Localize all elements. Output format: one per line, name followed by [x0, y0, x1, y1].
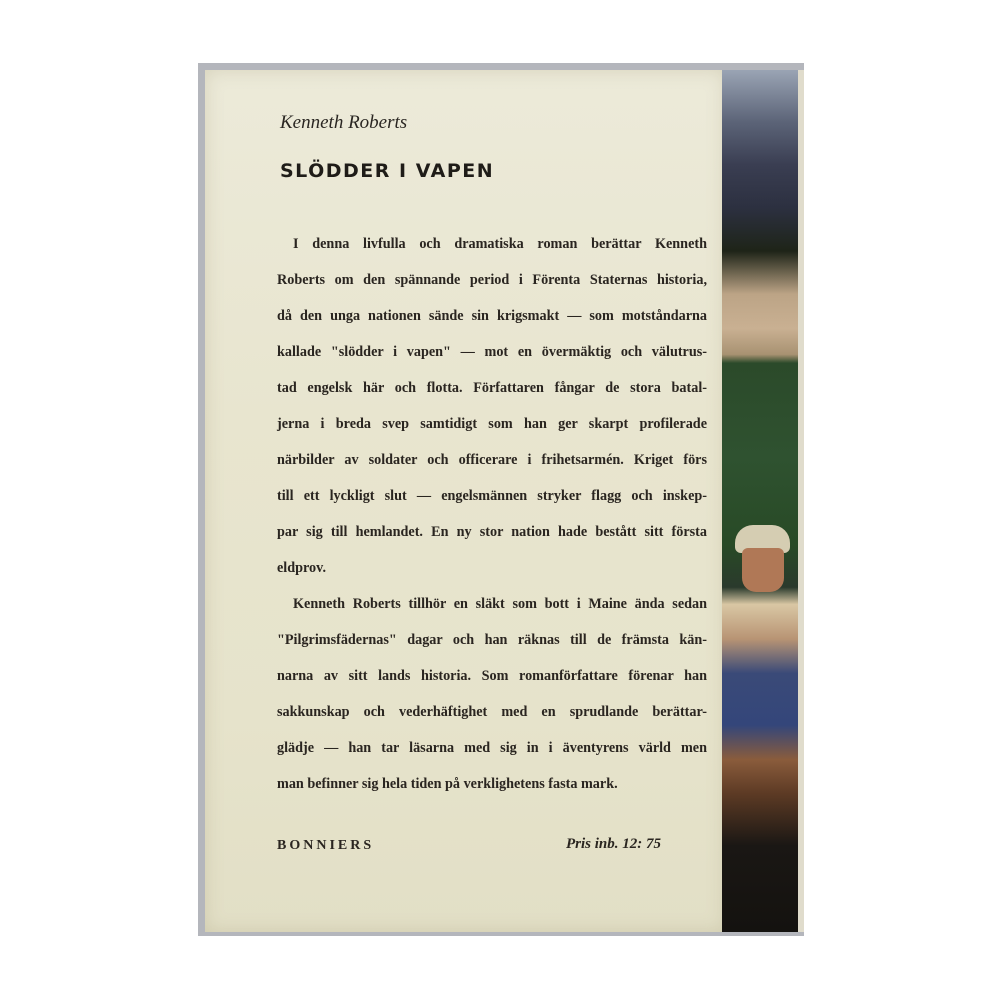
book-spine-illustration	[722, 70, 804, 932]
blurb-paragraph-1: I denna livfulla och dramatiska roman be…	[277, 226, 707, 586]
blurb-line: Roberts om den spännande period i Förent…	[277, 262, 707, 298]
spine-figure-face	[742, 548, 784, 592]
price-label: Pris inb. 12: 75	[566, 836, 661, 853]
blurb-line: sakkunskap och vederhäftighet med en spr…	[277, 694, 707, 730]
blurb-line: närbilder av soldater och officerare i f…	[277, 442, 707, 478]
book-title: SLÖDDER I VAPEN	[280, 160, 494, 182]
blurb-line: narna av sitt lands historia. Som romanf…	[277, 658, 707, 694]
blurb-line: Kenneth Roberts tillhör en släkt som bot…	[277, 586, 707, 622]
blurb-line: jerna i breda svep samtidigt som han ger…	[277, 406, 707, 442]
blurb-line: då den unga nationen sände sin krigsmakt…	[277, 298, 707, 334]
blurb-line: eldprov.	[277, 550, 707, 586]
blurb-line: tad engelsk här och flotta. Författaren …	[277, 370, 707, 406]
blurb-line: man befinner sig hela tiden på verklighe…	[277, 766, 707, 802]
blurb-line: "Pilgrimsfädernas" dagar och han räknas …	[277, 622, 707, 658]
blurb-paragraph-2: Kenneth Roberts tillhör en släkt som bot…	[277, 586, 707, 802]
blurb-line: I denna livfulla och dramatiska roman be…	[277, 226, 707, 262]
blurb-line: par sig till hemlandet. En ny stor natio…	[277, 514, 707, 550]
blurb-line: kallade "slödder i vapen" — mot en överm…	[277, 334, 707, 370]
author-name: Kenneth Roberts	[280, 112, 407, 134]
blurb-line: glädje — han tar läsarna med sig in i äv…	[277, 730, 707, 766]
publisher-name: BONNIERS	[277, 838, 374, 854]
blurb-line: till ett lyckligt slut — engelsmännen st…	[277, 478, 707, 514]
